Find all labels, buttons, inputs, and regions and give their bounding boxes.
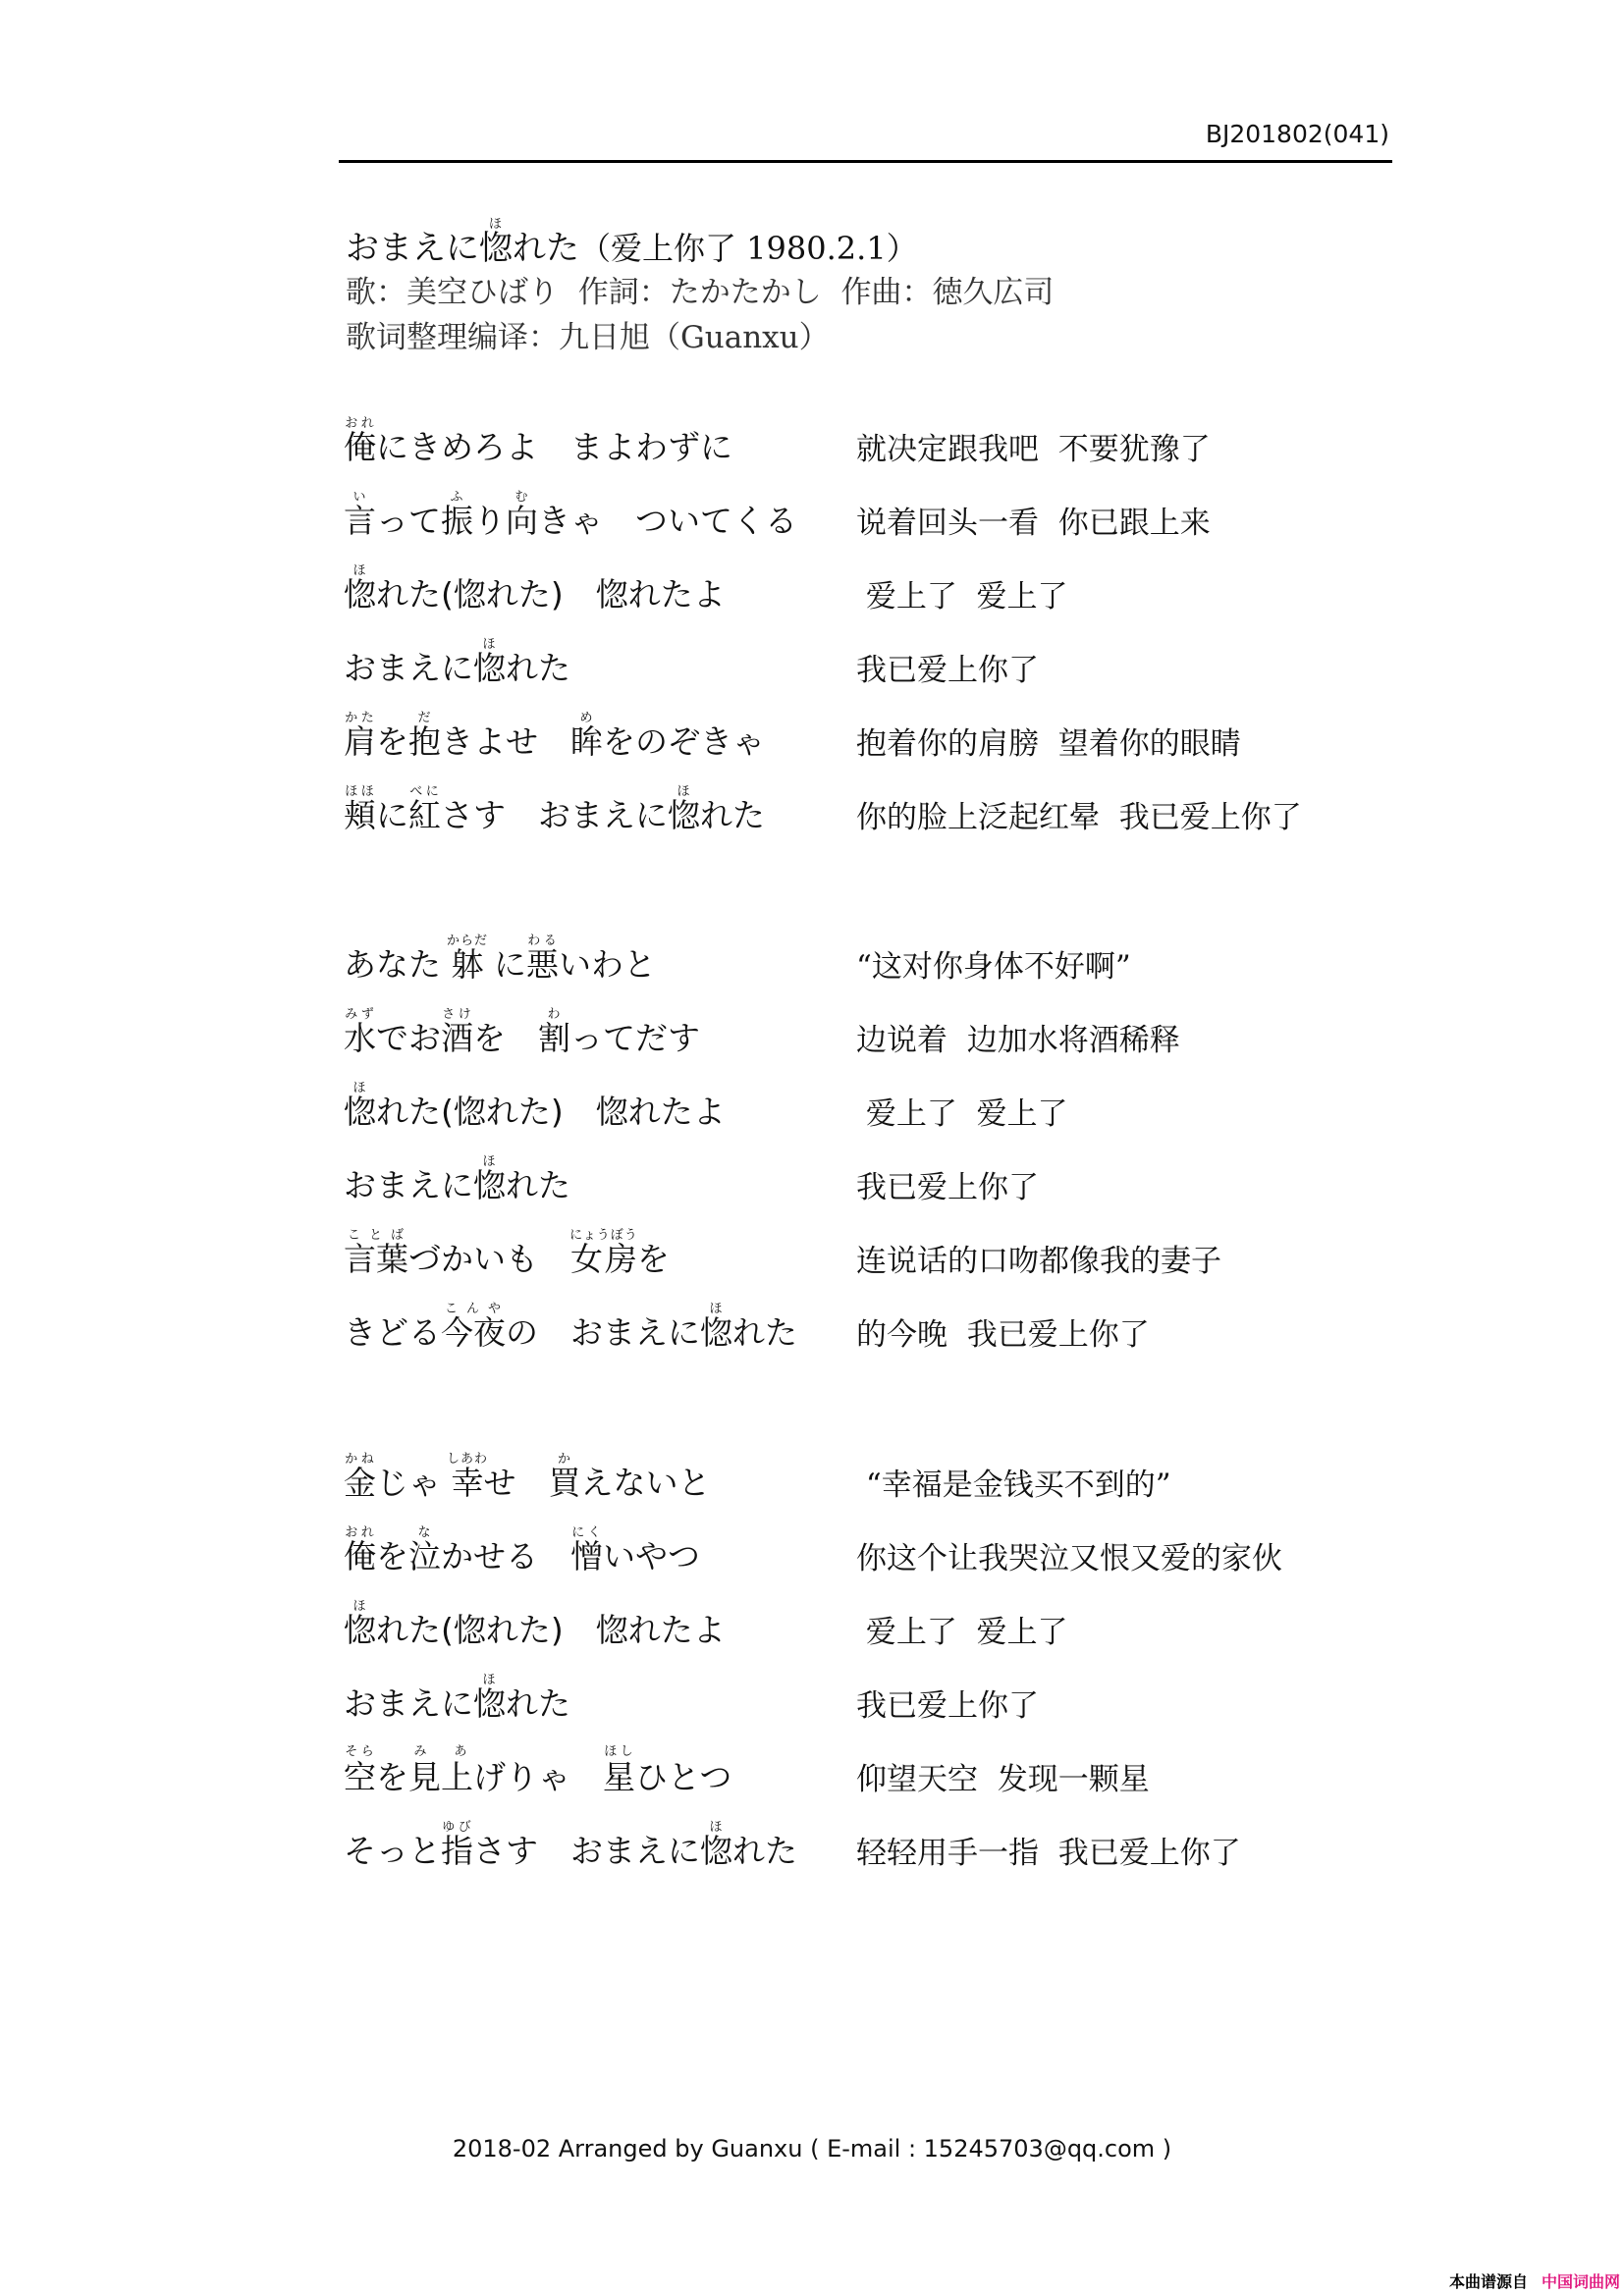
ruby-kanji: 言い — [344, 502, 376, 540]
lyric-zh-translation: 我已爱上你了 — [856, 645, 1039, 689]
lyric-row: 惚ほれた(惚れた) 惚れたよ 爱上了 爱上了 — [344, 1067, 1375, 1141]
ruby-kanji: 今夜こんや — [441, 1313, 506, 1352]
composer-label: 作曲： — [840, 275, 932, 310]
lyric-jp: 惚ほれた(惚れた) 惚れたよ — [344, 563, 726, 615]
furigana: ほ — [668, 784, 700, 799]
lyric-jp: 俺おれを泣なかせる 憎にくいやつ — [344, 1525, 700, 1577]
furigana: からだ — [447, 934, 488, 948]
ruby-kanji: 泣な — [408, 1537, 441, 1575]
lyric-zh-translation: 抱着你的肩膀 望着你的眼睛 — [856, 719, 1241, 763]
lyric-jp: 空そらを見上み あげりゃ 星ほしひとつ — [344, 1744, 731, 1798]
arranger: 九日旭（Guanxu） — [559, 320, 830, 355]
furigana: む — [506, 490, 538, 505]
lyric-row: 言いって振ふり向むきゃ ついてくる说着回头一看 你已跟上来 — [344, 476, 1375, 550]
arranger-line: 歌词整理编译：九日旭（Guanxu） — [346, 315, 1054, 360]
furigana: だ — [408, 711, 441, 725]
furigana: ほ — [344, 1599, 376, 1614]
lyric-zh-translation: 爱上了 爱上了 — [856, 1089, 1068, 1133]
lyric-jp: 肩かたを抱だきよせ 眸めをのぞきゃ — [344, 711, 765, 763]
ruby-kanji: 抱だ — [408, 722, 441, 761]
lyric-jp: 金かねじゃ 幸しあわせ 買かえないと — [344, 1452, 711, 1504]
ruby-kanji: 指ゆび — [441, 1832, 473, 1870]
furigana: ほ — [700, 1302, 732, 1316]
lyric-zh-translation: 我已爱上你了 — [856, 1681, 1039, 1725]
ruby-kanji: 向む — [506, 502, 538, 540]
furigana: さけ — [441, 1007, 473, 1022]
furigana: め — [570, 711, 603, 725]
lyric-row: 言葉ことばづかいも 女房にょうぼうを连说话的口吻都像我的妻子 — [344, 1214, 1375, 1288]
lyric-jp: おまえに惚ほれた — [344, 1673, 570, 1725]
lyric-zh-translation: “这对你身体不好啊” — [856, 941, 1131, 986]
lyric-row: 水みずでお酒さけを 割わってだす边说着 边加水将酒稀释 — [344, 993, 1375, 1067]
lyric-zh-translation: 的今晚 我已爱上你了 — [856, 1309, 1150, 1354]
ruby-kanji: 水みず — [344, 1019, 376, 1057]
lyric-jp: 惚ほれた(惚れた) 惚れたよ — [344, 1081, 726, 1133]
lyric-row: おまえに惚ほれた我已爱上你了 — [344, 1659, 1375, 1733]
ruby-kanji: 振ふ — [441, 502, 473, 540]
lyric-zh-translation: 仰望天空 发现一颗星 — [856, 1754, 1150, 1798]
furigana: か — [549, 1452, 581, 1467]
furigana: かね — [344, 1452, 376, 1467]
lyric-jp: 水みずでお酒さけを 割わってだす — [344, 1007, 700, 1059]
ruby-kanji: 女房にょうぼう — [570, 1240, 637, 1278]
ruby-kanji: 惚ほ — [344, 1093, 376, 1131]
lyric-row: そっと指ゆびさす おまえに惚ほれた轻轻用手一指 我已爱上你了 — [344, 1806, 1375, 1880]
furigana: べに — [408, 784, 441, 799]
lyric-jp: きどる今夜こんやの おまえに惚ほれた — [344, 1302, 797, 1354]
ruby-kanji: 惚ほ — [700, 1313, 732, 1352]
lyric-zh-translation: 就决定跟我吧 不要犹豫了 — [856, 424, 1211, 468]
song-title: おまえに惚ほれた（爱上你了 1980.2.1） — [346, 211, 1054, 270]
lyric-zh-translation: 连说话的口吻都像我的妻子 — [856, 1236, 1221, 1280]
source-watermark: 本曲谱源自中国词曲网 — [1449, 2269, 1620, 2292]
singer-label: 歌： — [346, 275, 406, 310]
ruby-kanji: 惚ほ — [344, 1611, 376, 1649]
lyric-jp: おまえに惚ほれた — [344, 637, 570, 689]
lyric-row: きどる今夜こんやの おまえに惚ほれた的今晚 我已爱上你了 — [344, 1288, 1375, 1362]
ruby-kanji: 惚ほ — [473, 1166, 506, 1204]
lyric-zh-translation: “幸福是金钱买不到的” — [856, 1460, 1171, 1504]
furigana: い — [344, 490, 376, 505]
ruby-kanji: 悪わる — [526, 945, 559, 984]
ruby-kanji: 頬ほほ — [344, 796, 376, 834]
furigana: そら — [344, 1744, 376, 1759]
ruby-kanji: 憎にく — [570, 1537, 603, 1575]
lyric-zh-translation: 你的脸上泛起红晕 我已爱上你了 — [856, 792, 1302, 836]
lyric-zh-translation: 你这个让我哭泣又恨又爱的家伙 — [856, 1533, 1282, 1577]
furigana: な — [408, 1525, 441, 1540]
singer: 美空ひばり — [406, 275, 559, 310]
title-jp-suffix: れた — [513, 227, 579, 270]
furigana: ほ — [473, 1673, 506, 1687]
furigana: ことば — [344, 1228, 408, 1243]
furigana: み あ — [408, 1744, 473, 1759]
lyric-row: おまえに惚ほれた我已爱上你了 — [344, 1141, 1375, 1214]
furigana: ほ — [473, 637, 506, 652]
lyric-row: 空そらを見上み あげりゃ 星ほしひとつ仰望天空 发现一颗星 — [344, 1733, 1375, 1806]
furigana: ふ — [441, 490, 473, 505]
lyric-row: 肩かたを抱だきよせ 眸めをのぞきゃ抱着你的肩膀 望着你的眼睛 — [344, 697, 1375, 771]
watermark-site: 中国词曲网 — [1542, 2272, 1620, 2291]
lyric-row: 俺おれにきめろよ まよわずに就决定跟我吧 不要犹豫了 — [344, 402, 1375, 476]
lyric-zh-translation: 边说着 边加水将酒稀释 — [856, 1015, 1180, 1059]
lyric-row: 惚ほれた(惚れた) 惚れたよ 爱上了 爱上了 — [344, 1585, 1375, 1659]
lyric-jp: 頬ほほに紅べにさす おまえに惚ほれた — [344, 784, 765, 836]
lyric-zh-translation: 爱上了 爱上了 — [856, 1607, 1068, 1651]
lyric-jp: 言葉ことばづかいも 女房にょうぼうを — [344, 1228, 670, 1280]
lyric-row: 頬ほほに紅べにさす おまえに惚ほれた你的脸上泛起红晕 我已爱上你了 — [344, 771, 1375, 844]
furigana: ほ — [473, 1154, 506, 1169]
furigana: ほし — [603, 1744, 635, 1759]
lyric-row: 俺おれを泣なかせる 憎にくいやつ你这个让我哭泣又恨又爱的家伙 — [344, 1512, 1375, 1585]
verse-3: 金かねじゃ 幸しあわせ 買かえないと “幸福是金钱买不到的”俺おれを泣なかせる … — [344, 1438, 1375, 1880]
lyric-jp: そっと指ゆびさす おまえに惚ほれた — [344, 1820, 797, 1872]
ruby-kanji: 紅べに — [408, 796, 441, 834]
furigana: おれ — [344, 416, 376, 431]
lyric-zh-translation: 我已爱上你了 — [856, 1162, 1039, 1206]
ruby-kanji: 眸め — [570, 722, 603, 761]
ruby-kanji: 割わ — [538, 1019, 570, 1057]
lyric-jp: おまえに惚ほれた — [344, 1154, 570, 1206]
ruby-kanji: 酒さけ — [441, 1019, 473, 1057]
footer-credit: 2018-02 Arranged by Guanxu ( E-mail : 15… — [0, 2135, 1624, 2163]
ruby-kanji: 俺おれ — [344, 428, 376, 466]
furigana: ほ — [344, 563, 376, 578]
furigana: わる — [526, 934, 559, 948]
watermark-prefix: 本曲谱源自 — [1449, 2272, 1528, 2291]
furigana: ほ — [344, 1081, 376, 1095]
ruby-kanji: 幸しあわ — [452, 1464, 484, 1502]
lyricist-label: 作詞： — [578, 275, 670, 310]
ruby-kanji: 惚ほ — [344, 575, 376, 614]
ruby-kanji: 金かね — [344, 1464, 376, 1502]
ruby-kanji: 惚ほ — [700, 1832, 732, 1870]
furigana: わ — [538, 1007, 570, 1022]
title-jp-kanji: 惚ほ — [479, 217, 513, 270]
ruby-kanji: 惚ほ — [473, 649, 506, 687]
lyric-zh-translation: 爱上了 爱上了 — [856, 571, 1068, 615]
furigana: ゆび — [441, 1820, 473, 1835]
ruby-kanji: 空そら — [344, 1758, 376, 1796]
song-header: おまえに惚ほれた（爱上你了 1980.2.1） 歌：美空ひばり 作詞：たかたかし… — [346, 211, 1054, 360]
lyricist: たかたかし — [670, 275, 822, 310]
lyric-zh-translation: 轻轻用手一指 我已爱上你了 — [856, 1828, 1241, 1872]
lyric-jp: あなた 躰からだ に悪わるいわと — [344, 934, 656, 986]
title-zh: （爱上你了 1980.2.1） — [579, 227, 918, 270]
ruby-kanji: 星ほし — [603, 1758, 635, 1796]
lyric-row: あなた 躰からだ に悪わるいわと“这对你身体不好啊” — [344, 920, 1375, 993]
furigana: こんや — [441, 1302, 506, 1316]
lyric-row: 惚ほれた(惚れた) 惚れたよ 爱上了 爱上了 — [344, 550, 1375, 623]
ruby-kanji: 買か — [549, 1464, 581, 1502]
composer: 徳久広司 — [932, 275, 1054, 310]
furigana: しあわ — [447, 1452, 488, 1467]
furigana: かた — [344, 711, 376, 725]
title-jp-prefix: おまえに — [346, 227, 479, 270]
ruby-kanji: 肩かた — [344, 722, 376, 761]
page-code: BJ201802(041) — [1206, 120, 1389, 148]
ruby-kanji: 惚ほ — [473, 1684, 506, 1723]
ruby-kanji: 見上み あ — [408, 1758, 473, 1796]
lyric-row: おまえに惚ほれた我已爱上你了 — [344, 623, 1375, 697]
lyric-jp: 惚ほれた(惚れた) 惚れたよ — [344, 1599, 726, 1651]
lyric-row: 金かねじゃ 幸しあわせ 買かえないと “幸福是金钱买不到的” — [344, 1438, 1375, 1512]
lyric-jp: 言いって振ふり向むきゃ ついてくる — [344, 490, 797, 542]
furigana: にく — [570, 1525, 603, 1540]
furigana: おれ — [344, 1525, 376, 1540]
furigana: ほ — [700, 1820, 732, 1835]
ruby-kanji: 躰からだ — [452, 945, 484, 984]
verse-1: 俺おれにきめろよ まよわずに就决定跟我吧 不要犹豫了言いって振ふり向むきゃ つい… — [344, 402, 1375, 844]
lyric-jp: 俺おれにきめろよ まよわずに — [344, 416, 732, 468]
furigana: みず — [344, 1007, 376, 1022]
furigana: ほほ — [344, 784, 376, 799]
ruby-kanji: 俺おれ — [344, 1537, 376, 1575]
arranger-label: 歌词整理编译： — [346, 320, 559, 355]
furigana: にょうぼう — [569, 1228, 638, 1243]
ruby-kanji: 言葉ことば — [344, 1240, 408, 1278]
lyric-zh-translation: 说着回头一看 你已跟上来 — [856, 498, 1211, 542]
ruby-kanji: 惚ほ — [668, 796, 700, 834]
header-rule — [339, 160, 1392, 163]
credits-line: 歌：美空ひばり 作詞：たかたかし 作曲：徳久広司 — [346, 270, 1054, 315]
verse-2: あなた 躰からだ に悪わるいわと“这对你身体不好啊”水みずでお酒さけを 割わって… — [344, 920, 1375, 1362]
